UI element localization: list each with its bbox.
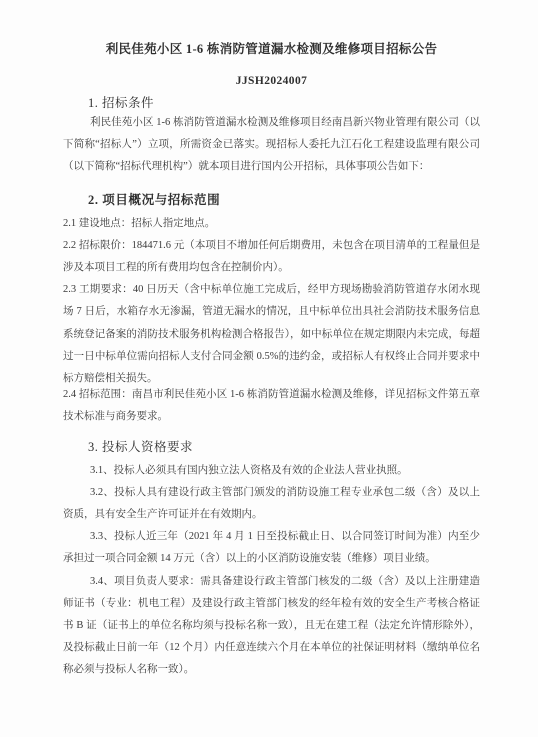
document-title: 利民佳苑小区 1-6 栋消防管道漏水检测及维修项目招标公告 [63, 40, 480, 58]
paragraph-qualification-3: 3.3、投标人近三年（2021 年 4 月 1 日至投标截止日、以合同签订时间为… [63, 526, 480, 570]
paragraph-qualification-4: 3.4、项目负责人要求：需具备建设行政主管部门核发的二级（含）及以上注册建造师证… [63, 571, 480, 682]
document-number: JJSH2024007 [63, 74, 480, 88]
paragraph-construction-period: 2.3 工期要求：40 日历天（含中标单位施工完成后，经甲方现场勘验消防管道存水… [63, 279, 480, 390]
section-heading-bidder-qualifications: 3. 投标人资格要求 [88, 438, 480, 456]
paragraph-qualification-2: 3.2、投标人具有建设行政主管部门颁发的消防设施工程专业承包二级（含）及以上资质… [63, 482, 480, 526]
paragraph-construction-site: 2.1 建设地点：招标人指定地点。 [63, 213, 480, 235]
section-heading-project-overview: 2. 项目概况与招标范围 [88, 191, 480, 209]
paragraph-price-limit: 2.2 招标限价：184471.6 元（本项目不增加任何后期费用，未包含在项目清… [63, 235, 480, 279]
paragraph-tender-conditions: 利民佳苑小区 1-6 栋消防管道漏水检测及维修项目经南昌新兴物业管理有限公司（以… [63, 112, 480, 179]
paragraph-tender-scope: 2.4 招标范围：南昌市利民佳苑小区 1-6 栋消防管道漏水检测及维修，详见招标… [63, 384, 480, 428]
paragraph-qualification-1: 3.1、投标人必须具有国内独立法人资格及有效的企业法人营业执照。 [63, 460, 480, 482]
document-page: 利民佳苑小区 1-6 栋消防管道漏水检测及维修项目招标公告 JJSH202400… [0, 0, 538, 737]
section-heading-tender-conditions: 1. 招标条件 [88, 94, 480, 112]
